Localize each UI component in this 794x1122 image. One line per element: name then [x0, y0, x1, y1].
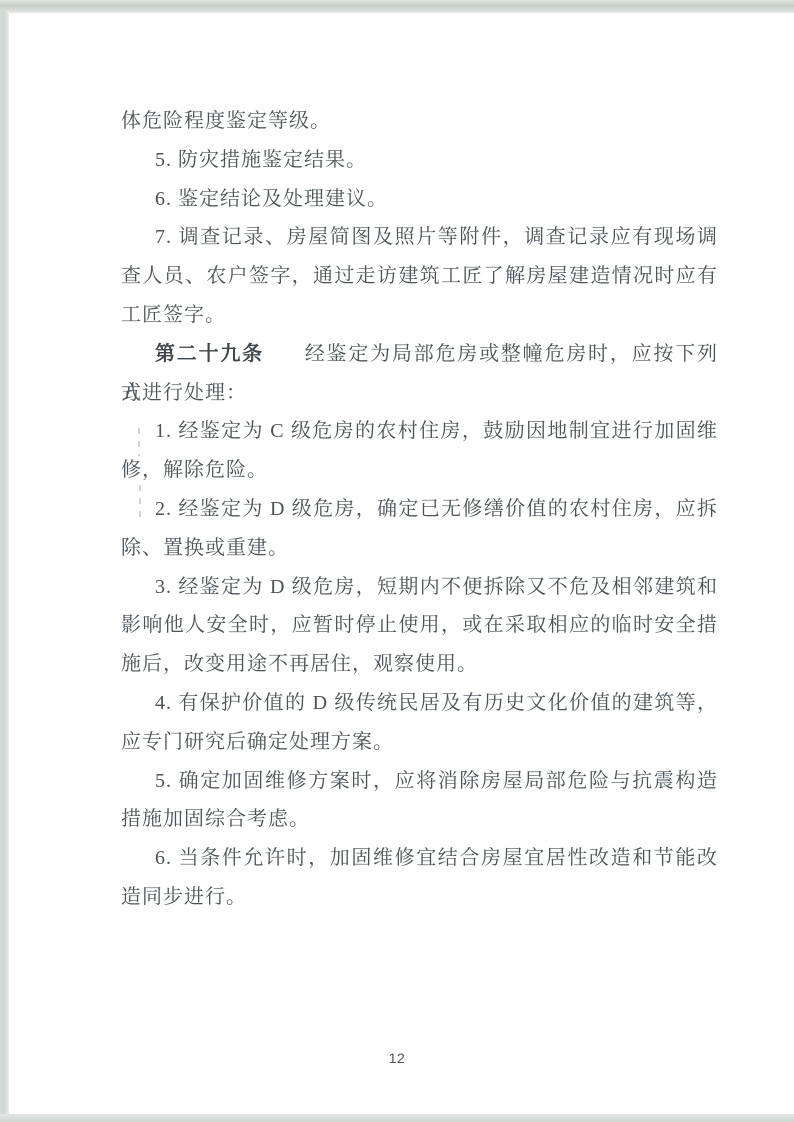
text-line: 造同步进行。 [121, 878, 718, 917]
text-line: 7. 调查记录、房屋简图及照片等附件，调查记录应有现场调 [121, 218, 718, 257]
text-line: 修，解除危险。 [121, 451, 718, 490]
document-body: 体危险程度鉴定等级。 5. 防灾措施鉴定结果。 6. 鉴定结论及处理建议。 7.… [121, 102, 718, 917]
text-line: 3. 经鉴定为 D 级危房，短期内不便拆除又不危及相邻建筑和 [121, 568, 718, 607]
text-line: 2. 经鉴定为 D 级危房，确定已无修缮价值的农村住房，应拆 [121, 490, 718, 529]
text-line: 5. 防灾措施鉴定结果。 [121, 141, 718, 180]
text-line: 6. 当条件允许时，加固维修宜结合房屋宜居性改造和节能改 [121, 839, 718, 878]
text-line: 工匠签字。 [121, 296, 718, 335]
text-line: 第二十九条经鉴定为局部危房或整幢危房时，应按下列方 [121, 335, 718, 374]
text-line: 应专门研究后确定处理方案。 [121, 723, 718, 762]
text-line: 措施加固综合考虑。 [121, 800, 718, 839]
text-line: 5. 确定加固维修方案时，应将消除房屋局部危险与抗震构造 [121, 762, 718, 801]
text-line: 式进行处理： [121, 374, 718, 413]
text-line: 1. 经鉴定为 C 级危房的农村住房，鼓励因地制宜进行加固维 [121, 412, 718, 451]
text-line: 除、置换或重建。 [121, 529, 718, 568]
page-number: 12 [0, 1050, 794, 1066]
text-line: 6. 鉴定结论及处理建议。 [121, 180, 718, 219]
text-line: 4. 有保护价值的 D 级传统民居及有历史文化价值的建筑等， [121, 684, 718, 723]
scan-edge-left [0, 10, 9, 1122]
article-number-heading: 第二十九条 [155, 343, 264, 365]
scanned-document-page: 体危险程度鉴定等级。 5. 防灾措施鉴定结果。 6. 鉴定结论及处理建议。 7.… [0, 0, 794, 1122]
text-line: 体危险程度鉴定等级。 [121, 102, 718, 141]
text-line: 查人员、农户签字，通过走访建筑工匠了解房屋建造情况时应有 [121, 257, 718, 296]
scan-edge-top [0, 0, 794, 13]
text-line: 影响他人安全时，应暂时停止使用，或在采取相应的临时安全措 [121, 606, 718, 645]
text-line: 施后，改变用途不再居住，观察使用。 [121, 645, 718, 684]
scan-edge-bottom [0, 1114, 794, 1122]
